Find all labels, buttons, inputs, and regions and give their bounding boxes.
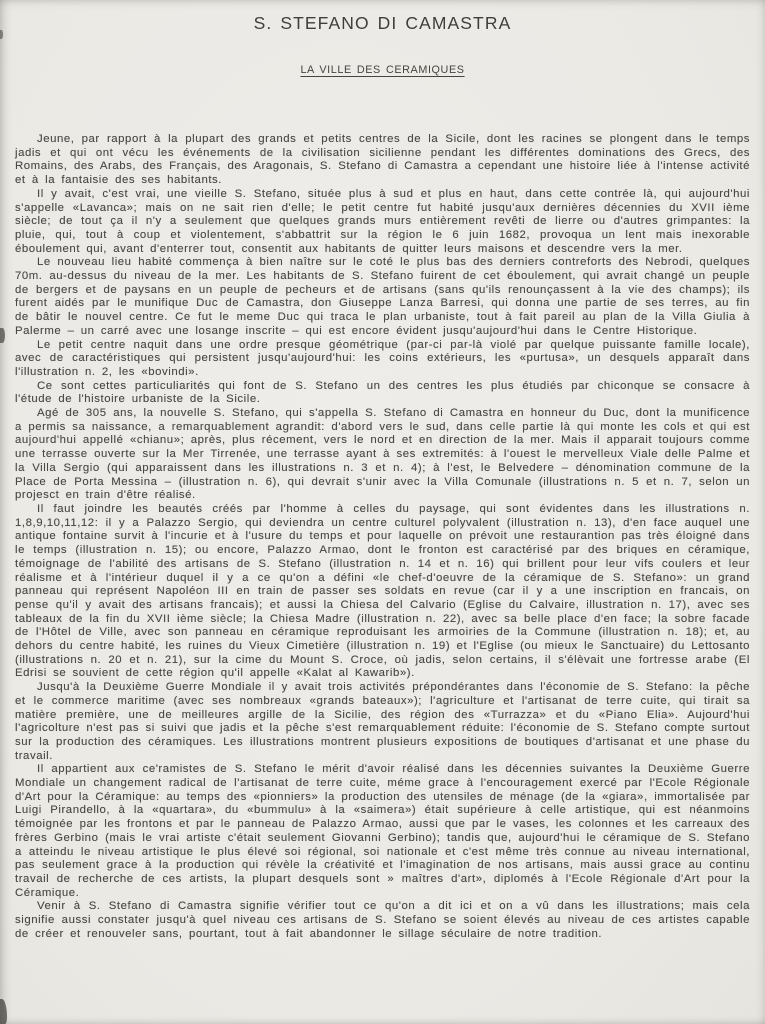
scan-smudge [0,328,5,343]
paragraph: Jusqu'à la Deuxième Guerre Mondiale il y… [15,681,750,763]
paragraph: Agé de 305 ans, la nouvelle S. Stefano, … [15,407,750,503]
paragraph: Jeune, par rapport à la plupart des gran… [15,133,750,188]
scan-smudge [0,999,7,1024]
paragraph: Ce sont cettes particuliarités qui font … [15,380,750,407]
page-subtitle: LA VILLE DES CERAMIQUES [0,64,765,77]
paragraph: Il faut joindre les beautés créés par l'… [15,503,750,681]
paragraph: Il appartient aux ce'ramistes de S. Stef… [15,763,750,900]
paragraph: Il y avait, c'est vrai, une vieille S. S… [15,188,750,257]
document-body: Jeune, par rapport à la plupart des gran… [15,133,750,941]
paragraph: Le petit centre naquit dans une ordre pr… [15,339,750,380]
paragraph: Venir à S. Stefano di Camastra signifie … [15,900,750,941]
page-title: S. STEFANO DI CAMASTRA [0,13,765,33]
scan-smudge [0,30,3,39]
scanned-document-page: S. STEFANO DI CAMASTRA LA VILLE DES CERA… [0,0,765,1024]
paragraph: Le nouveau lieu habité commença à bien n… [15,256,750,338]
